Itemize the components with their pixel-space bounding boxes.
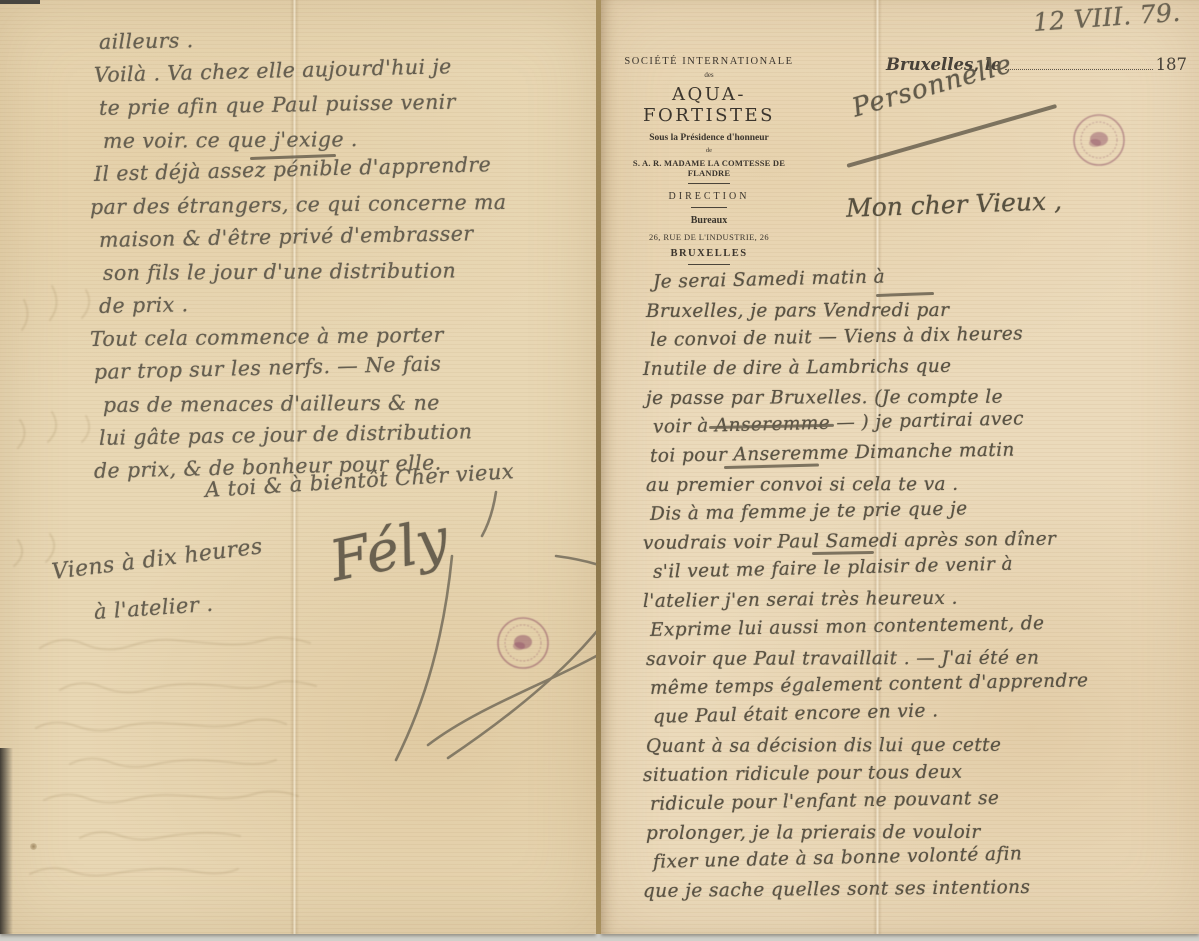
left-page-text: ailleurs . Voilà . Va chez elle aujourd'…: [90, 26, 595, 488]
letterhead-city: BRUXELLES: [613, 248, 805, 259]
scan-edge: [0, 748, 13, 934]
letterhead-bureaux: Bureaux: [613, 215, 805, 226]
scan-edge: [0, 0, 40, 4]
letterhead-direction: DIRECTION: [613, 191, 805, 202]
page-gap-shadow: [596, 0, 601, 934]
salutation: Mon cher Vieux ,: [846, 186, 1063, 223]
left-page: ailleurs . Voilà . Va chez elle aujourd'…: [0, 0, 596, 934]
handwritten-line: que je sache quelles sont ses intentions: [643, 871, 1199, 906]
letter-scan: ailleurs . Voilà . Va chez elle aujourd'…: [0, 0, 1199, 941]
ink-stamp-icon: [495, 615, 551, 671]
dateline-year: 187: [1156, 55, 1188, 74]
letterhead-des: des: [613, 71, 805, 79]
divider: [691, 207, 727, 208]
divider: [688, 264, 730, 265]
right-page: SOCIÉTÉ INTERNATIONALE des AQUA-FORTISTE…: [601, 0, 1199, 934]
divider: [688, 183, 730, 184]
letterhead-address: 26, RUE DE L'INDUSTRIE, 26: [613, 232, 805, 242]
ink-stamp-icon: [1071, 112, 1127, 168]
dotted-leader: [1005, 56, 1153, 70]
letterhead-society: SOCIÉTÉ INTERNATIONALE: [613, 56, 805, 67]
handwritten-date: 12 VIII. 79.: [1032, 0, 1182, 37]
letterhead: SOCIÉTÉ INTERNATIONALE des AQUA-FORTISTE…: [613, 56, 805, 265]
right-page-text: Je serai Samedi matin à Bruxelles, je pa…: [643, 268, 1199, 906]
letterhead-title: AQUA-FORTISTES: [613, 84, 805, 126]
paper-stain: [30, 843, 37, 850]
letterhead-patron: S. A. R. MADAME LA COMTESSE DE FLANDRE: [613, 158, 805, 178]
letterhead-de: de: [613, 147, 805, 154]
handwritten-line: Inutile de dire à Lambrichs que: [643, 349, 1199, 384]
letterhead-honor: Sous la Présidence d'honneur: [613, 133, 805, 143]
